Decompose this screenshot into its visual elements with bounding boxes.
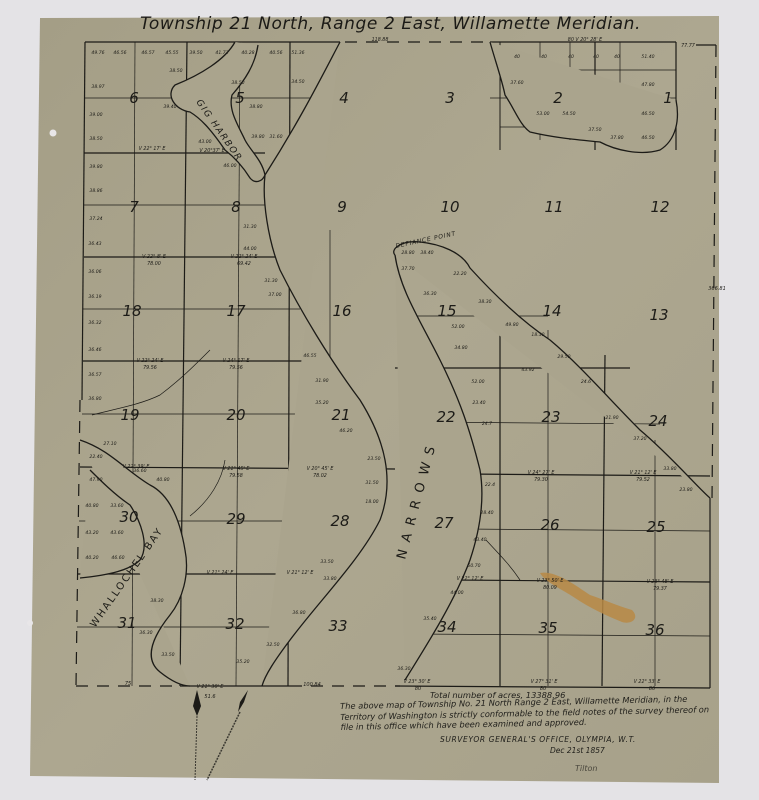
lot-acreage: 41.72 xyxy=(215,50,228,56)
line-bearing: 80 V 20° 28' E xyxy=(568,37,603,43)
lot-acreage: 22.40 xyxy=(89,454,102,460)
lot-acreage: 38.40 xyxy=(420,250,433,256)
lot-acreage: 40 xyxy=(568,54,574,60)
lot-acreage: 38.30 xyxy=(150,598,163,604)
lot-acreage: 46.57 xyxy=(141,50,154,56)
lot-acreage: 38.50 xyxy=(231,80,244,86)
lot-acreage: 23.50 xyxy=(367,456,380,462)
section-number: 5 xyxy=(235,89,245,107)
lot-acreage: 37.70 xyxy=(401,266,414,272)
section-number: 23 xyxy=(541,408,560,426)
lot-acreage: 46.56 xyxy=(113,50,126,56)
section-number: 4 xyxy=(339,89,349,107)
section-number: 26 xyxy=(540,516,559,534)
line-bearing: 79.56 xyxy=(229,365,243,371)
section-number: 15 xyxy=(437,302,456,320)
lot-acreage: 23.80 xyxy=(679,487,692,493)
lot-acreage: 33.80 xyxy=(323,576,336,582)
section-number: 28 xyxy=(330,512,349,530)
line-bearing: V 21° 24' E xyxy=(207,570,235,576)
section-number: 3 xyxy=(445,89,455,107)
lot-acreage: 40.20 xyxy=(85,555,98,561)
lot-acreage: 46.50 xyxy=(641,111,654,117)
lot-acreage: 43.92 xyxy=(521,367,534,373)
section-number: 12 xyxy=(650,198,669,216)
lot-acreage: 18.30 xyxy=(531,332,544,338)
lot-acreage: 40 xyxy=(514,54,520,60)
lot-acreage: 38.97 xyxy=(91,84,104,90)
lot-acreage: 22.20 xyxy=(453,271,466,277)
lot-acreage: 36.80 xyxy=(292,610,305,616)
lot-acreage: 46.00 xyxy=(223,163,236,169)
section-number: 13 xyxy=(649,306,668,324)
section-number: 9 xyxy=(337,198,347,216)
lot-acreage: 24.7 xyxy=(482,421,492,427)
line-bearing: 118.88 xyxy=(372,37,389,43)
lot-acreage: 36.57 xyxy=(88,372,101,378)
lot-acreage: 36.19 xyxy=(88,294,101,300)
lot-acreage: 36.80 xyxy=(88,396,101,402)
lot-acreage: 40 xyxy=(541,54,547,60)
lot-acreage: 54.50 xyxy=(562,111,575,117)
boundary-mark: 366.81 xyxy=(708,286,726,292)
lot-acreage: 34.80 xyxy=(454,345,467,351)
pin-hole xyxy=(27,620,33,626)
section-number: 32 xyxy=(225,615,244,633)
section-number: 16 xyxy=(332,302,351,320)
lot-acreage: 31.30 xyxy=(264,278,277,284)
line-bearing: V 22° 24' E xyxy=(231,254,259,260)
lot-acreage: 46.50 xyxy=(641,135,654,141)
section-number: 18 xyxy=(122,302,141,320)
certificate-date: Dec 21st 1857 xyxy=(340,746,710,757)
lot-acreage: 39.80 xyxy=(251,134,264,140)
pin-hole xyxy=(50,130,57,137)
lot-acreage: 21.90 xyxy=(605,415,618,421)
lot-acreage: 40.56 xyxy=(269,50,282,56)
lot-acreage: 38.80 xyxy=(249,104,262,110)
lot-acreage: 39.40 xyxy=(163,104,176,110)
lot-acreage: 31.60 xyxy=(269,134,282,140)
lot-acreage: 33.50 xyxy=(161,652,174,658)
section-number: 11 xyxy=(544,198,563,216)
line-bearing: 78.00 xyxy=(147,261,161,267)
lot-acreage: 38.50 xyxy=(169,68,182,74)
lot-acreage: 38.86 xyxy=(89,188,102,194)
lot-acreage: 40 xyxy=(614,54,620,60)
lot-acreage: 45.55 xyxy=(165,50,178,56)
lot-acreage: 44.00 xyxy=(243,246,256,252)
lot-acreage: 24.6 xyxy=(581,379,591,385)
line-bearing: 78.02 xyxy=(313,473,327,479)
lot-acreage: 47.90 xyxy=(89,477,102,483)
line-bearing: V 22° 8' E xyxy=(142,254,167,260)
lot-acreage: 60.70 xyxy=(467,563,480,569)
line-bearing: 69.42 xyxy=(237,261,251,267)
lot-acreage: 46.20 xyxy=(339,428,352,434)
line-bearing: V 22° 24' E xyxy=(137,358,165,364)
line-bearing: V 23° 48' E xyxy=(647,579,675,585)
line-bearing: V 22° 12' E xyxy=(457,576,485,582)
line-bearing: V 21° 12' E xyxy=(287,570,315,576)
lot-acreage: 49.80 xyxy=(505,322,518,328)
line-bearing: 79.30 xyxy=(534,477,548,483)
map-title: Township 21 North, Range 2 East, Willame… xyxy=(140,14,660,34)
line-bearing: 79.37 xyxy=(653,586,667,592)
lot-acreage: 37.20 xyxy=(633,436,646,442)
line-bearing: 79.56 xyxy=(143,365,157,371)
lot-acreage: 31.90 xyxy=(315,378,328,384)
line-bearing: V 23° 30' E xyxy=(404,679,432,685)
lot-acreage: 37.00 xyxy=(268,292,281,298)
section-number: 8 xyxy=(231,198,241,216)
lot-acreage: 39.80 xyxy=(89,164,102,170)
lot-acreage: 38.30 xyxy=(478,299,491,305)
section-number: 1 xyxy=(663,89,673,107)
lot-acreage: 35.20 xyxy=(315,400,328,406)
surveyor-office: Surveyor General's Office, Olympia, W.T. xyxy=(340,735,710,746)
lot-acreage: 36.32 xyxy=(88,320,101,326)
boundary-mark: 100.84 xyxy=(303,682,321,688)
section-number: 29 xyxy=(226,510,245,528)
line-bearing: 79.52 xyxy=(636,477,650,483)
lot-acreage: 40 xyxy=(593,54,599,60)
lot-acreage: 37.60 xyxy=(510,80,523,86)
lot-acreage: 53.00 xyxy=(536,111,549,117)
section-number: 34 xyxy=(437,618,456,636)
section-number: 33 xyxy=(328,617,347,635)
lot-acreage: 51.36 xyxy=(291,50,304,56)
lot-acreage: 46.55 xyxy=(303,353,316,359)
lot-acreage: 37.80 xyxy=(610,135,623,141)
surveyor-certificate: Total number of acres, 13388.96 The abov… xyxy=(340,690,710,775)
lot-acreage: 28.40 xyxy=(480,510,493,516)
line-bearing: V 24° 17' E xyxy=(223,358,251,364)
section-number: 30 xyxy=(119,508,138,526)
lot-acreage: 52.00 xyxy=(471,379,484,385)
line-bearing: V 21° 12' E xyxy=(630,470,658,476)
lot-acreage: 39.00 xyxy=(89,112,102,118)
lot-acreage: 37.24 xyxy=(89,216,102,222)
lot-acreage: 33.60 xyxy=(110,503,123,509)
lot-acreage: 22.4 xyxy=(485,482,495,488)
lot-acreage: 35.40 xyxy=(423,616,436,622)
lot-acreage: 36.43 xyxy=(88,241,101,247)
boundary-mark: 75 xyxy=(125,681,131,687)
section-number: 20 xyxy=(226,406,245,424)
section-number: 22 xyxy=(436,408,455,426)
section-number: 19 xyxy=(120,406,139,424)
lot-acreage: 31.30 xyxy=(243,224,256,230)
line-bearing: V 21° 45' E xyxy=(223,466,251,472)
line-bearing: 80.09 xyxy=(543,585,557,591)
lot-acreage: 36.30 xyxy=(139,630,152,636)
line-bearing: 79.58 xyxy=(229,473,243,479)
lot-acreage: 37.50 xyxy=(588,127,601,133)
lot-acreage: 44.00 xyxy=(450,590,463,596)
section-number: 25 xyxy=(646,518,665,536)
section-number: 7 xyxy=(129,198,139,216)
lot-acreage: 32.50 xyxy=(266,642,279,648)
section-number: 27 xyxy=(434,514,454,532)
section-number: 31 xyxy=(117,614,136,632)
lot-acreage: 39.50 xyxy=(189,50,202,56)
section-number: 2 xyxy=(553,89,563,107)
lot-acreage: 40.80 xyxy=(156,477,169,483)
line-bearing: V 27° 31' E xyxy=(531,679,559,685)
section-number: 24 xyxy=(648,412,667,430)
line-bearing: V 20° 45' E xyxy=(307,466,335,472)
section-number: 21 xyxy=(331,406,350,424)
line-bearing: 77.77 xyxy=(681,43,695,49)
line-bearing: V 21° 30' E xyxy=(197,684,225,690)
lot-acreage: 33.80 xyxy=(663,466,676,472)
lot-acreage: 52.00 xyxy=(451,324,464,330)
lot-acreage: 40.80 xyxy=(85,503,98,509)
lot-acreage: 36.06 xyxy=(88,269,101,275)
section-number: 14 xyxy=(542,302,561,320)
lot-acreage: 29.50 xyxy=(557,354,570,360)
surveyor-signature: Tilton xyxy=(340,764,710,775)
lot-acreage: 36.46 xyxy=(88,347,101,353)
lot-acreage: 34.50 xyxy=(291,79,304,85)
section-number: 6 xyxy=(129,89,139,107)
lot-acreage: 27.10 xyxy=(103,441,116,447)
lot-acreage: 36.30 xyxy=(397,666,410,672)
section-number: 35 xyxy=(538,619,557,637)
section-number: 10 xyxy=(440,198,459,216)
line-bearing: V 23° 50' E xyxy=(537,578,565,584)
lot-acreage: 28.80 xyxy=(401,250,414,256)
line-bearing: V 24° 27' E xyxy=(528,470,556,476)
lot-acreage: 49.76 xyxy=(91,50,104,56)
line-bearing: V 20°37' E xyxy=(199,148,225,154)
lot-acreage: 38.50 xyxy=(89,136,102,142)
lot-acreage: 31.50 xyxy=(365,480,378,486)
lot-acreage: 40.28 xyxy=(241,50,254,56)
lot-acreage: 46.60 xyxy=(111,555,124,561)
lot-acreage: 43.20 xyxy=(85,530,98,536)
line-bearing: V 22° 39' E xyxy=(123,464,151,470)
lot-acreage: 43.60 xyxy=(110,530,123,536)
lot-acreage: 23.40 xyxy=(472,400,485,406)
lot-acreage: 35.20 xyxy=(236,659,249,665)
lot-acreage: 47.80 xyxy=(641,82,654,88)
section-number: 36 xyxy=(645,621,664,639)
lot-acreage: 43.40 xyxy=(473,537,486,543)
lot-acreage: 43.00 xyxy=(198,139,211,145)
survey-plat-map: GIG HARBOR DEFIANCE POINT NARROWS WHALLO… xyxy=(0,0,759,800)
line-bearing: V 22° 17' E xyxy=(139,146,167,152)
boundary-mark: 51.6 xyxy=(204,694,215,700)
lot-acreage: 36.30 xyxy=(423,291,436,297)
line-bearing: V 22° 33' E xyxy=(634,679,662,685)
section-number: 17 xyxy=(226,302,246,320)
lot-acreage: 51.40 xyxy=(641,54,654,60)
lot-acreage: 18.00 xyxy=(365,499,378,505)
lot-acreage: 33.50 xyxy=(320,559,333,565)
